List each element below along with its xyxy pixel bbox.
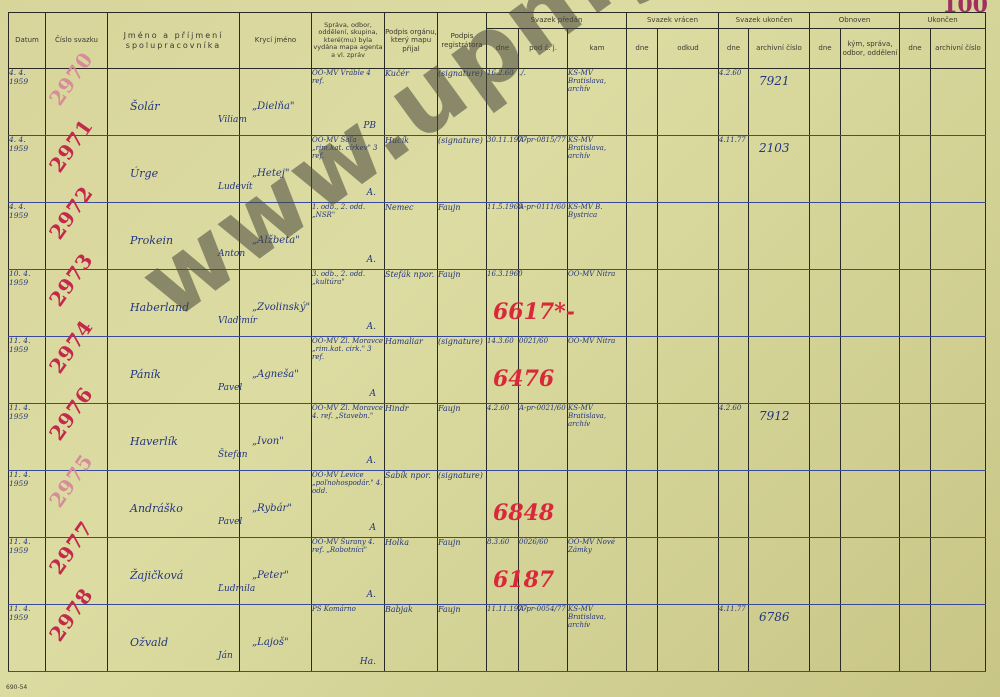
cell-vracen-odkud (658, 136, 719, 203)
cell-obnoven-dne (810, 471, 841, 538)
cell-jmeno: ProkeinAnton (108, 203, 240, 270)
cell-predan-kam: KS-MV Bratislava, archív (568, 605, 627, 672)
cell-kryci-jmeno: „Lajoš" (240, 605, 312, 672)
surname: Haverlík (130, 436, 178, 449)
cell-vracen-odkud (658, 404, 719, 471)
podpis-registratora: Faujn (438, 270, 461, 279)
dept-mark: A. (367, 188, 376, 198)
podpis-organu: Hindr (385, 404, 409, 413)
podpis-organu: Šabík npor. (385, 471, 431, 480)
surname: Páník (130, 369, 161, 382)
sprava: 1. odb., 2. odd. „NSR" (312, 203, 365, 219)
predan-cj: A-pr-0111/60 (519, 203, 566, 211)
cell-obnoven-dne (810, 136, 841, 203)
cell-kryci-jmeno: „Dielňa" (240, 69, 312, 136)
col-jmeno: Jméno a příjmení spolupracovníka (108, 13, 240, 69)
cell-vracen-odkud (658, 605, 719, 672)
cell-predan-cj: A-pr-0054/77 (519, 605, 568, 672)
cell-obnoven-kym (841, 538, 900, 605)
cell-vracen-odkud (658, 270, 719, 337)
col-ukoncen2-archivni: archivní číslo (931, 29, 986, 69)
cover-name: „Lajoš" (252, 637, 289, 649)
cell-podpis-registratora: Faujn (438, 404, 487, 471)
ledger-page: 100 Datum Číslo svazku Jméno a příjmení … (0, 0, 1000, 697)
col-predan-pod-cj: pod č. j. (519, 29, 568, 69)
podpis-registratora: (signature) (438, 337, 483, 346)
cell-predan-dne: 11.5.1960 (487, 203, 519, 270)
col-ukoncen: Ukončen (900, 13, 986, 29)
podpis-registratora: (signature) (438, 69, 483, 78)
register-table: Datum Číslo svazku Jméno a příjmení spol… (8, 12, 986, 672)
cell-predan-kam: OO-MV Nitra (568, 337, 627, 404)
col-podpis-organu: Podpis orgánu, který mapu přijal (385, 13, 438, 69)
cell-sprava: OO-MV Zl. Moravce „rim.kat. cirk." 3 ref… (312, 337, 385, 404)
datum: 4. 4. 1959 (9, 135, 28, 153)
cell-ukoncen-dne (719, 538, 749, 605)
cell-ukoncen-dne (719, 270, 749, 337)
table-row: 4. 4. 1959 2972 ProkeinAnton „Alžbeta" 1… (9, 203, 986, 270)
cell-ukoncen2-archivni (931, 337, 986, 404)
predan-dne: 16.2.60 (487, 69, 514, 77)
datum: 11. 4. 1959 (9, 470, 30, 488)
cell-kryci-jmeno: „Alžbeta" (240, 203, 312, 270)
table-row: 4. 4. 1959 2970 ŠolárViliam „Dielňa" OO-… (9, 69, 986, 136)
cell-kryci-jmeno: „Agneša" (240, 337, 312, 404)
col-vracen-dne: dne (627, 29, 658, 69)
cover-name: „Peter" (252, 570, 289, 582)
cell-ukoncen-dne: 4.2.60 (719, 69, 749, 136)
sprava: PS Komárno (312, 605, 356, 613)
sprava: OO-MV Zl. Moravce 4. ref. „Stavebn." (312, 404, 383, 420)
podpis-registratora: Faujn (438, 605, 461, 614)
cell-ukoncen-archivni (749, 270, 810, 337)
col-kryci-jmeno: Krycí jméno (240, 13, 312, 69)
cell-kryci-jmeno: „Zvolinský" (240, 270, 312, 337)
cell-podpis-registratora: (signature) (438, 69, 487, 136)
cell-predan-kam: KS-MV Bratislava, archív (568, 136, 627, 203)
archive-number: 7912 (759, 410, 790, 424)
cell-obnoven-kym (841, 270, 900, 337)
col-vracen-odkud: odkud (658, 29, 719, 69)
cell-predan-cj: 0026/60 (519, 538, 568, 605)
predan-kam: KS-MV Bratislava, archív (568, 69, 606, 93)
cell-sprava: OO-MV Vráble 4 ref.PB (312, 69, 385, 136)
cell-datum: 4. 4. 1959 (9, 69, 46, 136)
cell-predan-kam: KS-MV B. Bystrica (568, 203, 627, 270)
archive-number: 7921 (759, 75, 790, 89)
col-predan-dne: dne (487, 29, 519, 69)
podpis-organu: Holka (385, 538, 409, 547)
ukoncen-dne: 4.2.60 (719, 404, 741, 412)
cell-obnoven-kym (841, 337, 900, 404)
cell-cislo-svazku: 2978 (46, 605, 108, 672)
cell-ukoncen-archivni (749, 203, 810, 270)
predan-cj: A-pr-0054/77 (519, 605, 566, 613)
cell-podpis-registratora: Faujn (438, 605, 487, 672)
table-row: 11. 4. 1959 2978 OžvaldJán „Lajoš" PS Ko… (9, 605, 986, 672)
cell-datum: 10. 4. 1959 (9, 270, 46, 337)
predan-dne: 14.3.60 (487, 337, 514, 345)
cover-name: „Zvolinský" (252, 302, 310, 314)
cell-ukoncen2-archivni (931, 404, 986, 471)
cell-obnoven-dne (810, 404, 841, 471)
cell-vracen-dne (627, 538, 658, 605)
dept-mark: Ha. (360, 657, 376, 667)
cover-name: „Hetej" (252, 168, 289, 180)
podpis-organu: Hucík (385, 136, 409, 145)
cell-kryci-jmeno: „Ivon" (240, 404, 312, 471)
surname: Haberland (130, 302, 189, 315)
cell-vracen-dne (627, 471, 658, 538)
cell-ukoncen2-dne (900, 404, 931, 471)
table-row: 11. 4. 1959 2977 ŽajičkováĽudmila „Peter… (9, 538, 986, 605)
cell-ukoncen2-dne (900, 605, 931, 672)
cover-name: „Dielňa" (252, 101, 295, 113)
cell-predan-dne: 30.11.1977 (487, 136, 519, 203)
cell-sprava: 1. odb., 2. odd. „NSR"A. (312, 203, 385, 270)
cell-predan-kam (568, 471, 627, 538)
cell-podpis-registratora: Faujn (438, 538, 487, 605)
cell-obnoven-kym (841, 404, 900, 471)
cover-name: „Rybár" (252, 503, 292, 515)
cell-obnoven-dne (810, 538, 841, 605)
cell-sprava: PS KomárnoHa. (312, 605, 385, 672)
surname: Ožvald (130, 637, 168, 650)
cell-podpis-organu: Babjak (385, 605, 438, 672)
surname: Prokein (130, 235, 173, 248)
col-ukoncen2-dne: dne (900, 29, 931, 69)
col-ukoncen-archivni: archivní číslo (749, 29, 810, 69)
predan-kam: OO-MV Nitra (568, 337, 615, 345)
cell-obnoven-dne (810, 69, 841, 136)
predan-cj: 0026/60 (519, 538, 548, 546)
cell-obnoven-kym (841, 136, 900, 203)
cell-vracen-dne (627, 605, 658, 672)
col-svazek-predan: Svazek předán (487, 13, 627, 29)
archive-number: 6786 (759, 611, 790, 625)
datum: 11. 4. 1959 (9, 336, 30, 354)
cell-vracen-dne (627, 203, 658, 270)
col-predan-kam: kam (568, 29, 627, 69)
cell-ukoncen-dne (719, 203, 749, 270)
cell-ukoncen2-archivni (931, 136, 986, 203)
sprava: OO-MV Vráble 4 ref. (312, 69, 371, 85)
cell-predan-kam: OO-MV Nové Zámky (568, 538, 627, 605)
cell-vracen-dne (627, 69, 658, 136)
cell-ukoncen2-dne (900, 203, 931, 270)
cover-name: „Agneša" (252, 369, 299, 381)
cell-ukoncen-dne: 4.11.77 (719, 136, 749, 203)
predan-kam: OO-MV Nitra (568, 270, 615, 278)
sprava: OO-MV Šaľa „rim.kat. církev" 3 ref. (312, 136, 378, 160)
cell-ukoncen2-archivni (931, 605, 986, 672)
cell-ukoncen-archivni: 7912 (749, 404, 810, 471)
surname: Žajičková (130, 570, 183, 583)
podpis-organu: Štefák npor. (385, 270, 434, 279)
cell-kryci-jmeno: „Rybár" (240, 471, 312, 538)
table-row: 11. 4. 1959 2974 PáníkPavel „Agneša" OO-… (9, 337, 986, 404)
cell-ukoncen2-dne (900, 270, 931, 337)
cell-jmeno: AndráškoPavel (108, 471, 240, 538)
cell-datum: 4. 4. 1959 (9, 136, 46, 203)
sprava: OO-MV Levice „poľnohospodár." 4. odd. (312, 471, 382, 495)
surname: Úrge (130, 168, 158, 181)
cell-predan-dne: 11.11.1977 (487, 605, 519, 672)
sprava: 3. odb., 2. odd. „kultúra" (312, 270, 365, 286)
podpis-registratora: (signature) (438, 136, 483, 145)
dept-mark: A. (367, 255, 376, 265)
table-row: 4. 4. 1959 2971 ÚrgeLudevít „Hetej" OO-M… (9, 136, 986, 203)
dept-mark: A. (367, 322, 376, 332)
predan-kam: OO-MV Nové Zámky (568, 538, 615, 554)
cell-podpis-organu: Holka (385, 538, 438, 605)
cell-ukoncen-archivni (749, 538, 810, 605)
cell-predan-cj (519, 471, 568, 538)
cell-kryci-jmeno: „Hetej" (240, 136, 312, 203)
datum: 4. 4. 1959 (9, 68, 28, 86)
predan-kam: KS-MV B. Bystrica (568, 203, 602, 219)
predan-dne: 4.2.60 (487, 404, 509, 412)
cell-ukoncen2-dne (900, 69, 931, 136)
cell-predan-cj: A-pr-0021/60 (519, 404, 568, 471)
cell-predan-cj: A-pr-0111/60 (519, 203, 568, 270)
surname: Šolár (130, 101, 160, 114)
cell-vracen-odkud (658, 538, 719, 605)
datum: 11. 4. 1959 (9, 604, 30, 622)
cell-obnoven-kym (841, 203, 900, 270)
ukoncen-dne: 4.2.60 (719, 69, 741, 77)
cell-vracen-dne (627, 337, 658, 404)
cell-predan-cj: ./. (519, 69, 568, 136)
cell-podpis-organu: Hamaliar (385, 337, 438, 404)
cell-kryci-jmeno: „Peter" (240, 538, 312, 605)
cell-datum: 11. 4. 1959 (9, 337, 46, 404)
cell-predan-cj: A-pr-0815/77 (519, 136, 568, 203)
predan-kam: KS-MV Bratislava, archív (568, 136, 606, 160)
cell-jmeno: ŠolárViliam (108, 69, 240, 136)
cell-ukoncen-archivni (749, 337, 810, 404)
col-obnoven-kym: kým, správa, odbor, oddělení (841, 29, 900, 69)
cover-name: „Ivon" (252, 436, 284, 448)
cell-ukoncen2-dne (900, 538, 931, 605)
cell-ukoncen2-dne (900, 471, 931, 538)
archive-number: 2103 (759, 142, 790, 156)
cell-ukoncen-archivni: 7921 (749, 69, 810, 136)
cell-predan-dne: 14.3.606476 (487, 337, 519, 404)
datum: 11. 4. 1959 (9, 537, 30, 555)
cell-predan-cj: 0021/60 (519, 337, 568, 404)
col-obnoven: Obnoven (810, 13, 900, 29)
cell-ukoncen-archivni: 6786 (749, 605, 810, 672)
sprava: OO-MV Zl. Moravce „rim.kat. cirk." 3 ref… (312, 337, 383, 361)
ukoncen-dne: 4.11.77 (719, 136, 746, 144)
cell-podpis-organu: Hucík (385, 136, 438, 203)
cell-podpis-registratora: (signature) (438, 337, 487, 404)
cell-vracen-dne (627, 270, 658, 337)
podpis-organu: Babjak (385, 605, 413, 614)
dept-mark: A. (367, 456, 376, 466)
cell-podpis-organu: Nemec (385, 203, 438, 270)
cell-jmeno: HaverlíkŠtefan (108, 404, 240, 471)
cell-ukoncen-dne: 4.2.60 (719, 404, 749, 471)
col-ukoncen-dne: dne (719, 29, 749, 69)
dept-mark: A (370, 389, 377, 399)
predan-cj: A-pr-0021/60 (519, 404, 566, 412)
cell-podpis-organu: Štefák npor. (385, 270, 438, 337)
table-row: 11. 4. 1959 2976 HaverlíkŠtefan „Ivon" O… (9, 404, 986, 471)
col-svazek-ukoncen: Svazek ukončen (719, 13, 810, 29)
cover-name: „Alžbeta" (252, 235, 300, 247)
cell-datum: 11. 4. 1959 (9, 404, 46, 471)
cell-obnoven-kym (841, 69, 900, 136)
cell-predan-kam: KS-MV Bratislava, archív (568, 69, 627, 136)
ukoncen-dne: 4.11.77 (719, 605, 746, 613)
cell-sprava: OO-MV Šaľa „rim.kat. církev" 3 ref.A. (312, 136, 385, 203)
cell-ukoncen2-archivni (931, 538, 986, 605)
cell-sprava: OO-MV Zl. Moravce 4. ref. „Stavebn."A. (312, 404, 385, 471)
predan-dne: 11.5.1960 (487, 203, 523, 211)
cell-obnoven-dne (810, 270, 841, 337)
cell-podpis-organu: Kučér (385, 69, 438, 136)
predan-dne: 8.3.60 (487, 538, 509, 546)
cell-ukoncen2-archivni (931, 203, 986, 270)
cell-ukoncen2-archivni (931, 69, 986, 136)
dept-mark: A. (367, 590, 376, 600)
cell-ukoncen-archivni: 2103 (749, 136, 810, 203)
podpis-organu: Nemec (385, 203, 414, 212)
datum: 11. 4. 1959 (9, 403, 30, 421)
cell-predan-dne: 16.2.60 (487, 69, 519, 136)
cell-podpis-registratora: Faujn (438, 203, 487, 270)
cell-ukoncen2-archivni (931, 270, 986, 337)
cell-predan-cj (519, 270, 568, 337)
cell-ukoncen-archivni (749, 471, 810, 538)
cell-podpis-organu: Šabík npor. (385, 471, 438, 538)
cell-ukoncen-dne (719, 337, 749, 404)
podpis-organu: Hamaliar (385, 337, 423, 346)
predan-kam: KS-MV Bratislava, archív (568, 605, 606, 629)
cell-vracen-odkud (658, 203, 719, 270)
cell-ukoncen2-dne (900, 136, 931, 203)
sprava: OO-MV Šurany 4. ref. „Robotníci" (312, 538, 375, 554)
cell-predan-kam: KS-MV Bratislava, archív (568, 404, 627, 471)
cell-vracen-odkud (658, 69, 719, 136)
cell-jmeno: ÚrgeLudevít (108, 136, 240, 203)
dept-mark: A (370, 523, 377, 533)
cell-obnoven-kym (841, 605, 900, 672)
col-podpis-registratora: Podpis registrátora (438, 13, 487, 69)
cell-podpis-registratora: Faujn (438, 270, 487, 337)
cell-jmeno: OžvaldJán (108, 605, 240, 672)
cell-datum: 11. 4. 1959 (9, 538, 46, 605)
cell-obnoven-dne (810, 203, 841, 270)
first-name: Ján (218, 651, 233, 661)
cell-podpis-registratora: (signature) (438, 136, 487, 203)
predan-kam: KS-MV Bratislava, archív (568, 404, 606, 428)
cell-podpis-registratora: (signature) (438, 471, 487, 538)
cell-obnoven-dne (810, 337, 841, 404)
cell-jmeno: HaberlandVladimír (108, 270, 240, 337)
cell-datum: 4. 4. 1959 (9, 203, 46, 270)
cell-vracen-dne (627, 136, 658, 203)
cell-predan-dne: 4.2.60 (487, 404, 519, 471)
cell-datum: 11. 4. 1959 (9, 471, 46, 538)
cell-obnoven-kym (841, 471, 900, 538)
datum: 4. 4. 1959 (9, 202, 28, 220)
predan-cj: ./. (519, 69, 526, 77)
podpis-organu: Kučér (385, 69, 409, 78)
col-obnoven-dne: dne (810, 29, 841, 69)
col-datum: Datum (9, 13, 46, 69)
cell-ukoncen2-dne (900, 337, 931, 404)
cell-jmeno: ŽajičkováĽudmila (108, 538, 240, 605)
cell-vracen-dne (627, 404, 658, 471)
cell-obnoven-dne (810, 605, 841, 672)
datum: 10. 4. 1959 (9, 269, 30, 287)
podpis-registratora: (signature) (438, 471, 483, 480)
table-row: 10. 4. 1959 2973 HaberlandVladimír „Zvol… (9, 270, 986, 337)
col-sprava: Správa, odbor, oddělení, skupina, které(… (312, 13, 385, 69)
predan-dne: 16.3.1960 (487, 270, 523, 278)
predan-cj: 0021/60 (519, 337, 548, 345)
cell-predan-dne: 8.3.606187 (487, 538, 519, 605)
cell-podpis-organu: Hindr (385, 404, 438, 471)
podpis-registratora: Faujn (438, 203, 461, 212)
cell-sprava: OO-MV Levice „poľnohospodár." 4. odd.A (312, 471, 385, 538)
surname: Andráško (130, 503, 183, 516)
cell-sprava: OO-MV Šurany 4. ref. „Robotníci"A. (312, 538, 385, 605)
cell-ukoncen2-archivni (931, 471, 986, 538)
col-svazek-vracen: Svazek vrácen (627, 13, 719, 29)
table-row: 11. 4. 1959 2975 AndráškoPavel „Rybár" O… (9, 471, 986, 538)
cell-vracen-odkud (658, 337, 719, 404)
podpis-registratora: Faujn (438, 538, 461, 547)
cell-predan-kam: OO-MV Nitra (568, 270, 627, 337)
dept-mark: PB (363, 121, 376, 131)
cell-ukoncen-dne (719, 471, 749, 538)
cell-sprava: 3. odb., 2. odd. „kultúra"A. (312, 270, 385, 337)
podpis-registratora: Faujn (438, 404, 461, 413)
cell-vracen-odkud (658, 471, 719, 538)
predan-cj: A-pr-0815/77 (519, 136, 566, 144)
cell-predan-dne: 6848 (487, 471, 519, 538)
cell-jmeno: PáníkPavel (108, 337, 240, 404)
cell-predan-dne: 16.3.19606617*- (487, 270, 519, 337)
form-code: 690-54 (6, 684, 27, 691)
cell-datum: 11. 4. 1959 (9, 605, 46, 672)
cell-ukoncen-dne: 4.11.77 (719, 605, 749, 672)
